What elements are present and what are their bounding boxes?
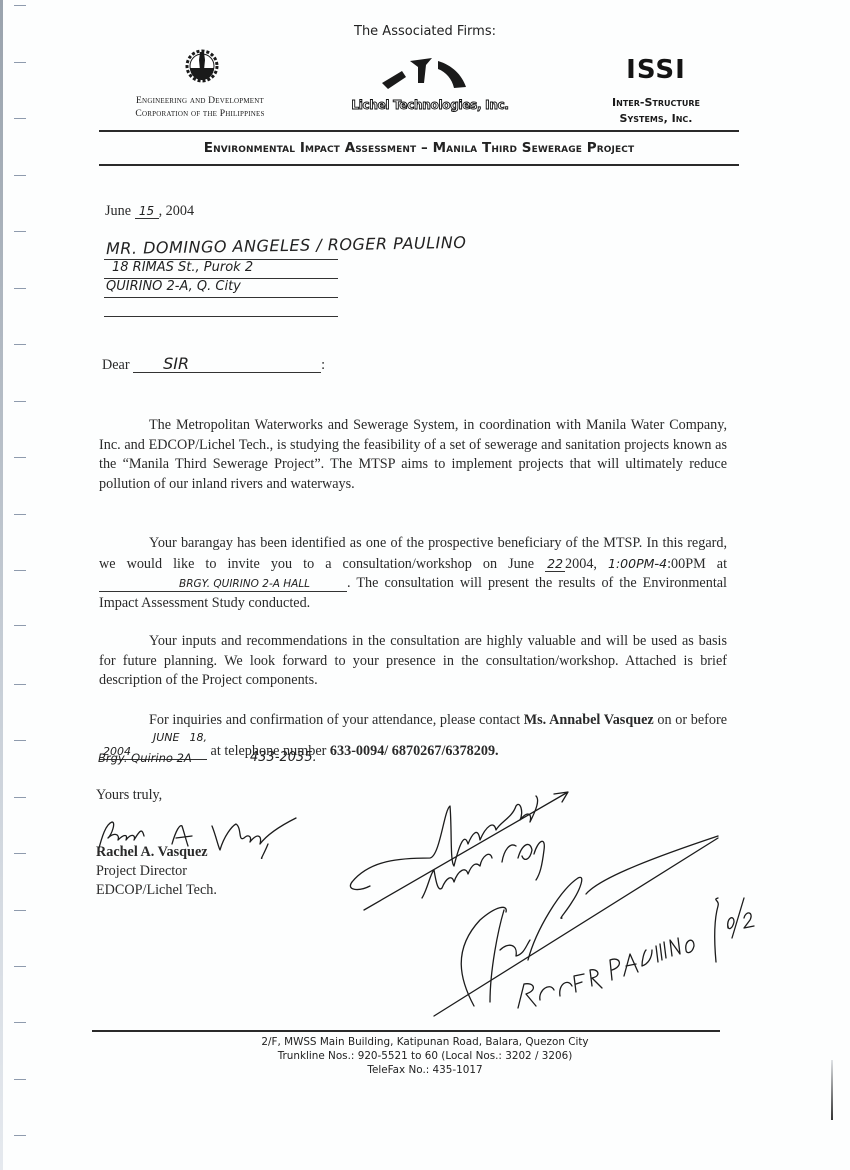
addressee-street: 18 RIMAS St., Purok 2 (112, 260, 253, 275)
extra-location: Brgy. Quirino 2A (98, 751, 192, 765)
workshop-venue: BRGY. QUIRINO 2-A HALL (99, 577, 347, 592)
signatory-org: EDCOP/Lichel Tech. (96, 881, 217, 900)
lichel-logo-icon (380, 55, 470, 91)
paragraph-2: Your barangay has been identified as one… (99, 534, 727, 613)
addressee-city: QUIRINO 2-A, Q. City (106, 279, 241, 294)
issi-name: Inter-Structure Systems, Inc. (586, 95, 726, 127)
extra-phone: 433-2035. (250, 750, 317, 765)
footer: 2/F, MWSS Main Building, Katipunan Road,… (0, 1035, 850, 1077)
contact-name: Ms. Annabel Vasquez (524, 712, 654, 728)
addressee-name: MR. DOMINGO ANGELES / ROGER PAULINO (106, 233, 467, 258)
workshop-day: 22 (545, 556, 565, 572)
edcop-name: Engineering and Development Corporation … (100, 94, 300, 120)
closing: Yours truly, (96, 786, 162, 806)
issi-logo: ISSI (596, 55, 716, 85)
paragraph-3: Your inputs and recommendations in the c… (99, 632, 727, 691)
footer-telefax: TeleFax No.: 435-1017 (0, 1063, 850, 1077)
footer-trunkline: Trunkline Nos.: 920-5521 to 60 (Local No… (0, 1049, 850, 1063)
contact-phones: 633-0094/ 6870267/6378209. (330, 743, 499, 759)
signatory-block: Rachel A. Vasquez Project Director EDCOP… (96, 843, 217, 900)
project-title: Environmental Impact Assessment – Manila… (99, 140, 739, 156)
footer-address: 2/F, MWSS Main Building, Katipunan Road,… (0, 1035, 850, 1049)
paragraph-1: The Metropolitan Waterworks and Sewerage… (99, 416, 727, 494)
salutation-name: SIR (133, 356, 321, 373)
scan-edge (0, 0, 3, 1170)
header-rule-bottom (99, 164, 739, 166)
date-day: 15 (135, 204, 159, 219)
received-signature-icon (340, 770, 760, 1020)
letter-date: June 15, 2004 (105, 202, 194, 222)
salutation: Dear SIR: (102, 356, 325, 376)
signatory-name: Rachel A. Vasquez (96, 843, 217, 862)
edcop-logo-icon (180, 46, 224, 86)
associated-firms-label: The Associated Firms: (0, 24, 850, 39)
header-rule-top (99, 130, 739, 132)
signatory-title: Project Director (96, 862, 217, 881)
paragraph-4: For inquiries and confirmation of your a… (99, 711, 727, 761)
lichel-name: Lichel Technologies, Inc. (340, 98, 520, 112)
footer-rule (92, 1030, 720, 1032)
